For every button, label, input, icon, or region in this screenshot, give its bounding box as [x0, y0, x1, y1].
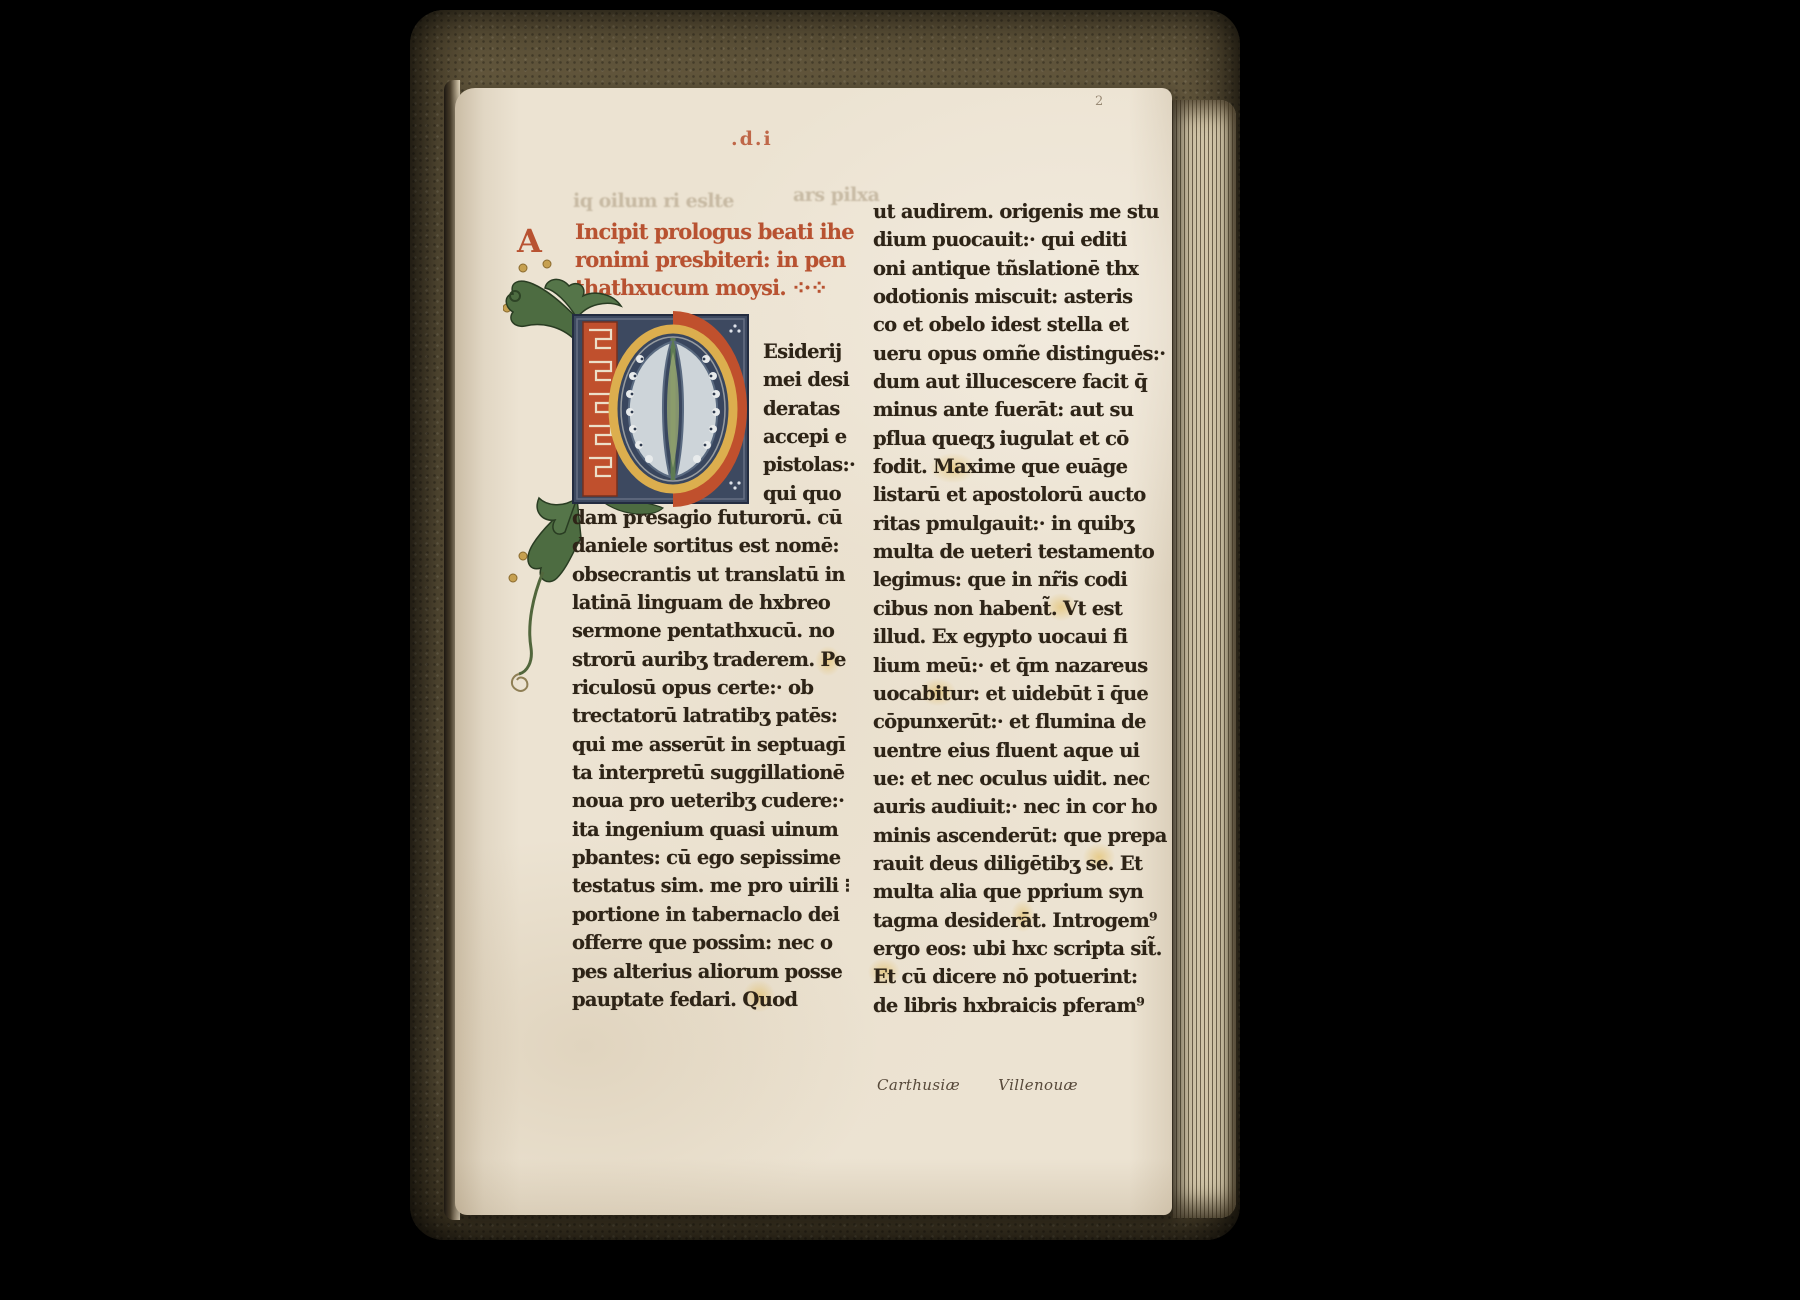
text-line: trectatorū latratibʒ patēs: — [572, 702, 850, 730]
text-line: lium meū:· et q̄m nazareus — [873, 652, 1167, 680]
text-line: noua pro ueteribʒ cudere:· — [572, 787, 850, 815]
text-line: offerre que possim: nec o — [572, 929, 850, 957]
running-title: .d.i — [731, 128, 773, 150]
text-line: ue: et nec oculus uidit. nec — [873, 765, 1167, 793]
text-line: multa de ueteri testamento — [873, 538, 1167, 566]
rubric-line: Incipit prologus beati ihe — [575, 218, 854, 246]
text-line: obsecrantis ut translatū in — [572, 561, 850, 589]
text-line: listarū et apostolorū aucto — [873, 481, 1167, 509]
text-line: cibus non habent̃. Vt est — [873, 595, 1167, 623]
text-line: Esiderij — [763, 338, 855, 366]
text-line: mei desi — [763, 366, 855, 394]
text-line: qui me asserūt in septuagī — [572, 731, 850, 759]
text-line: de libris hxbraicis pferam⁹ — [873, 992, 1167, 1020]
text-line: auris audiuit:· nec in cor ho — [873, 793, 1167, 821]
ex-libris-inscription: Carthusiæ Villenouæ — [877, 1076, 1078, 1094]
text-line: minis ascenderūt: que prepa — [873, 822, 1167, 850]
text-line: Et cū dicere nō potuerint: — [873, 963, 1167, 991]
text-line: dam presagio futurorū. cū — [572, 504, 850, 532]
text-line: dium puocauit:· qui editi — [873, 226, 1167, 254]
text-line: testatus sim. me pro uirili ⁝ — [572, 872, 850, 900]
manuscript-page: .d.i 2 iq oilum ri eslte ars pilxa A Inc… — [455, 88, 1172, 1215]
text-line: ita ingenium quasi uinum — [572, 816, 850, 844]
right-column-text: ut audirem. origenis me studium puocauit… — [873, 198, 1167, 1020]
text-line: ergo eos: ubi hxc scripta sit̃. — [873, 935, 1167, 963]
text-line: pflua queqʒ iugulat et cō — [873, 425, 1167, 453]
manuscript-photo: .d.i 2 iq oilum ri eslte ars pilxa A Inc… — [410, 10, 1240, 1240]
text-line: ueru opus omñe distinguēs:· — [873, 340, 1167, 368]
text-line: strorū auribʒ traderem. Pe — [572, 646, 850, 674]
text-line: cōpunxerūt:· et flumina de — [873, 708, 1167, 736]
show-through-text: ars pilxa — [793, 184, 880, 206]
text-line: uocabitur: et uidebūt ī q̄ue — [873, 680, 1167, 708]
text-line: minus ante fuerāt: aut su — [873, 396, 1167, 424]
text-line: fodit. Maxime que euāge — [873, 453, 1167, 481]
text-line: pauptate fedari. Quod — [572, 986, 850, 1014]
text-line: riculosū opus certe:· ob — [572, 674, 850, 702]
text-line: rauit deus diligētibʒ se. Et — [873, 850, 1167, 878]
rubric-paraph: A — [517, 222, 542, 260]
text-line: pes alterius aliorum posse — [572, 958, 850, 986]
text-line: tagma desiderāt. Introgem⁹ — [873, 907, 1167, 935]
text-line: pistolas:· — [763, 451, 855, 479]
text-line: legimus: que in nr̃is codi — [873, 566, 1167, 594]
text-line: pbantes: cū ego sepissime — [572, 844, 850, 872]
text-line: ut audirem. origenis me stu — [873, 198, 1167, 226]
text-line: ta interpretū suggillationē — [572, 759, 850, 787]
text-line: ritas pmulgauit:· in quibʒ — [873, 510, 1167, 538]
text-line: portione in tabernaclo dei — [572, 901, 850, 929]
ex-libris-word: Carthusiæ — [877, 1076, 960, 1094]
initial-letter-D — [583, 319, 739, 499]
text-line: odotionis miscuit: asteris — [873, 283, 1167, 311]
text-line: uentre eius fluent aque ui — [873, 737, 1167, 765]
text-line: daniele sortitus est nomē: — [572, 532, 850, 560]
text-line: dum aut illucescere facit q̄ — [873, 368, 1167, 396]
text-line: deratas — [763, 395, 855, 423]
text-line: illud. Ex egypto uocaui fi — [873, 623, 1167, 651]
text-line: latinā linguam de hxbreo — [572, 589, 850, 617]
left-column-beside-initial: Esiderijmei desideratasaccepi epistolas:… — [763, 338, 855, 508]
left-column-text: dam presagio futurorū. cūdaniele sortitu… — [572, 504, 850, 1014]
text-line: multa alia que pprium syn — [873, 878, 1167, 906]
ex-libris-word: Villenouæ — [998, 1076, 1078, 1094]
folio-number: 2 — [1095, 94, 1103, 109]
book-fore-edge — [1172, 100, 1236, 1218]
screenshot-root: .d.i 2 iq oilum ri eslte ars pilxa A Inc… — [0, 0, 1800, 1300]
text-line: oni antique tñslationē thx — [873, 255, 1167, 283]
show-through-text: iq oilum ri eslte — [573, 190, 734, 212]
text-line: sermone pentathxucū. no — [572, 617, 850, 645]
text-line: co et obelo idest stella et — [873, 311, 1167, 339]
text-line: accepi e — [763, 423, 855, 451]
